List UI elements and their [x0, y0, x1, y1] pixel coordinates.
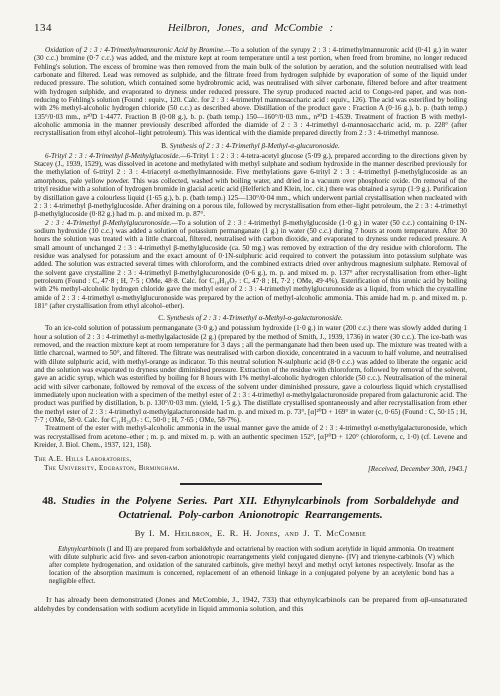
paragraph-galacturonoside-1: To an ice-cold solution of potassium per…: [34, 324, 467, 424]
article-number: 48.: [42, 495, 56, 507]
journal-page: 134 Heilbron, Jones, and McCombie : Oxid…: [0, 0, 500, 696]
section-b-title: Synthesis of 2 : 3 : 4-Trimethyl β-Methy…: [170, 141, 340, 150]
address-and-received: The A.E. Hills Laboratories, The Univers…: [34, 455, 467, 472]
paragraph-oxidation-lead: Oxidation of 2 : 3 : 4-Trimethylmannuron…: [45, 46, 231, 54]
paragraph-trityl-lead: 6-Trityl 2 : 3 : 4-Trimethyl β-Methylglu…: [45, 152, 187, 160]
address-line-2: The University, Edgbaston, Birmingham.: [34, 464, 180, 473]
page-number: 134: [34, 22, 52, 34]
page-header: 134 Heilbron, Jones, and McCombie :: [34, 22, 467, 37]
paragraph-glucuronoside-text: To a solution of 2 : 3 : 4-trimethyl β-m…: [34, 219, 467, 310]
paragraph-glucuronoside-lead: 2 : 3 : 4-Trimethyl β-Methylglucuronosid…: [45, 219, 178, 227]
section-b-letter: B.: [161, 141, 168, 150]
running-head: Heilbron, Jones, and McCombie :: [34, 22, 467, 34]
experimental-section: Oxidation of 2 : 3 : 4-Trimethylmannuron…: [34, 46, 467, 473]
article-body-first-paragraph: It has already been demonstrated (Jones …: [34, 595, 467, 613]
section-heading-b: B. Synthesis of 2 : 3 : 4-Trimethyl β-Me…: [34, 141, 467, 150]
next-article: 48.Studies in the Polyene Series. Part X…: [34, 494, 467, 613]
received-date: [Received, December 30th, 1943.]: [368, 465, 467, 473]
paragraph-galacturonoside-1-text: To an ice-cold solution of potassium per…: [34, 324, 467, 424]
paragraph-galacturonoside-2: Treatment of the ester with methyl-alcoh…: [34, 424, 467, 449]
article-abstract: Ethynylcarbinols (I and II) are prepared…: [49, 546, 454, 586]
body-first-paragraph-text: has already been demonstrated (Jones and…: [34, 595, 467, 613]
article-byline: By I. M. Heilbron, E. R. H. Jones, and J…: [34, 528, 467, 538]
paragraph-oxidation-text: To a solution of the syrupy 2 : 3 : 4-tr…: [34, 46, 467, 137]
abstract-text: (I and II) are prepared from sorbaldehyd…: [49, 546, 454, 585]
author-address: The A.E. Hills Laboratories, The Univers…: [34, 455, 180, 472]
paragraph-oxidation: Oxidation of 2 : 3 : 4-Trimethylmannuron…: [34, 46, 467, 138]
section-heading-c: C. Synthesis of 2 : 3 : 4-Trimethyl α-Me…: [34, 313, 467, 322]
section-c-title: Synthesis of 2 : 3 : 4-Trimethyl α-Methy…: [167, 313, 343, 322]
byline-by: By: [135, 528, 145, 538]
paragraph-galacturonoside-2-text: Treatment of the ester with methyl-alcoh…: [34, 424, 467, 449]
section-c-letter: C.: [158, 313, 165, 322]
article-title: 48.Studies in the Polyene Series. Part X…: [34, 494, 467, 522]
article-title-text: Studies in the Polyene Series. Part XII.…: [62, 495, 459, 521]
paragraph-trityl: 6-Trityl 2 : 3 : 4-Trimethyl β-Methylglu…: [34, 152, 467, 219]
article-divider-rule: [180, 483, 322, 485]
paragraph-trityl-text: 6-Trityl 1 : 2 : 3 : 4-tetra-acetyl gluc…: [34, 152, 467, 218]
paragraph-glucuronoside: 2 : 3 : 4-Trimethyl β-Methylglucuronosid…: [34, 219, 467, 311]
abstract-lead-word: Ethynylcarbinols: [58, 546, 105, 553]
byline-authors: I. M. Heilbron, E. R. H. Jones, and J. T…: [149, 528, 366, 538]
